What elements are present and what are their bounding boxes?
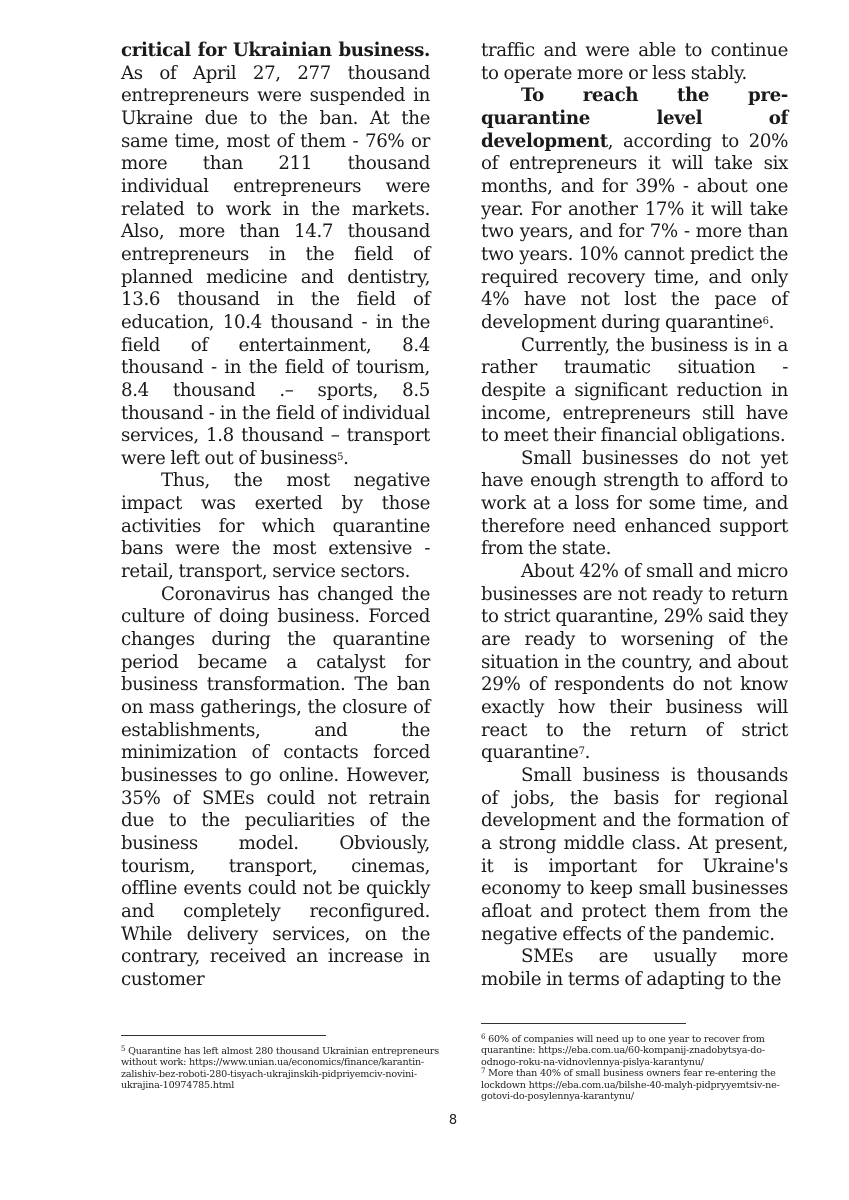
paragraph-traumatic: Currently, the business is in a rather t… — [481, 335, 788, 448]
bold-lead: critical for Ukrainian business. — [121, 40, 430, 61]
paragraph-support: Small businesses do not yet have enough … — [481, 448, 788, 561]
paragraph-tail: . — [343, 448, 348, 469]
footnotes-left: 5 Quarantine has left almost 280 thousan… — [121, 1035, 441, 1092]
page-number: 8 — [0, 1113, 849, 1128]
footnote-separator — [121, 1035, 326, 1036]
right-column: traffic and were able to continue to ope… — [481, 40, 788, 992]
paragraph-traffic: traffic and were able to continue to ope… — [481, 40, 788, 85]
paragraph-small-business: Small business is thousands of jobs, the… — [481, 765, 788, 946]
paragraph-text: About 42% of small and micro businesses … — [481, 561, 788, 763]
footnote-5: 5 Quarantine has left almost 280 thousan… — [121, 1046, 441, 1092]
footnote-7: 7 More than 40% of small business owners… — [481, 1068, 801, 1102]
footnote-separator — [481, 1023, 686, 1024]
paragraph-tail: . — [585, 742, 590, 763]
footnote-6: 6 60% of companies will need up to one y… — [481, 1034, 801, 1068]
paragraph-coronavirus: Coronavirus has changed the culture of d… — [121, 584, 430, 992]
paragraph-survey: About 42% of small and micro businesses … — [481, 561, 788, 765]
paragraph-tail: . — [769, 312, 774, 333]
paragraph-text: As of April 27, 277 thousand entrepreneu… — [121, 63, 430, 469]
left-column: critical for Ukrainian business. As of A… — [121, 40, 430, 992]
footnotes-right: 6 60% of companies will need up to one y… — [481, 1023, 801, 1102]
paragraph-registrations: critical for Ukrainian business. As of A… — [121, 40, 430, 470]
paragraph-negative-impact: Thus, the most negative impact was exert… — [121, 470, 430, 583]
paragraph-smes: SMEs are usually more mobile in terms of… — [481, 946, 788, 991]
paragraph-text: , according to 20% of entrepreneurs it w… — [481, 131, 788, 333]
paragraph-recovery: To reach the pre-quarantine level of dev… — [481, 85, 788, 334]
